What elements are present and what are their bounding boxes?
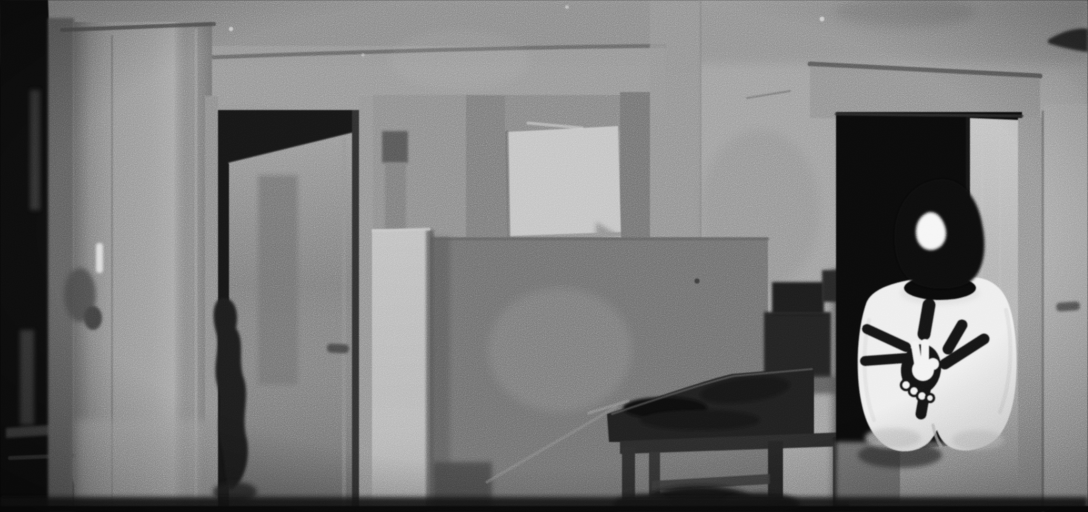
photograph	[0, 0, 1088, 512]
photo-canvas	[0, 0, 1088, 512]
film-grain-overlay	[0, 0, 1088, 512]
